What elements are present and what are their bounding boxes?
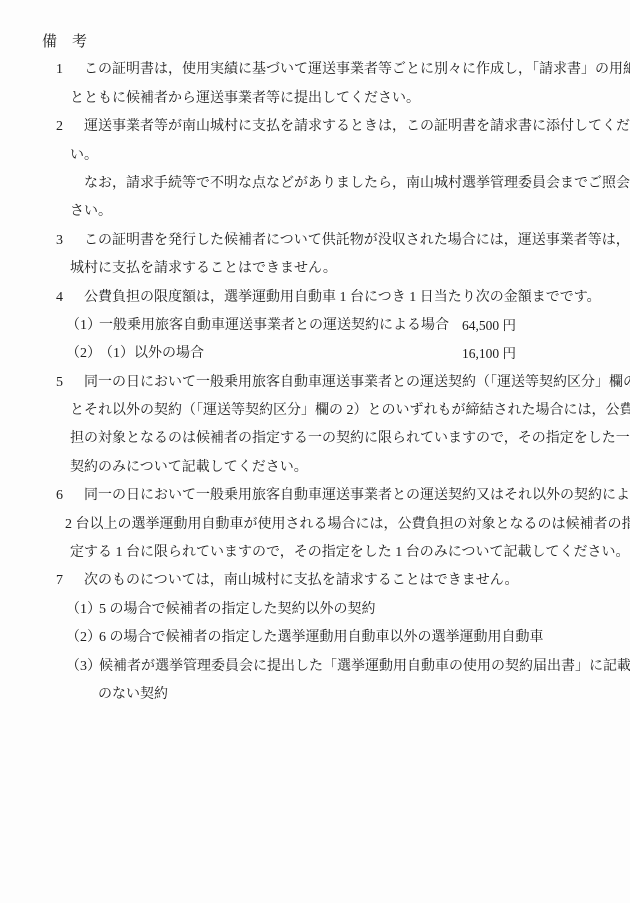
line-text: 次のものについては，南山城村に支払を請求することはできません。: [84, 567, 519, 595]
remarks-heading: 備 考: [0, 28, 630, 56]
remarks-section: 備 考1この証明書は，使用実績に基づいて運送事業者等ごとに別々に作成し，「請求書…: [0, 28, 630, 709]
doc-line: とそれ以外の契約（「運送等契約区分」欄の 2）とのいずれもが締結された場合には，…: [0, 397, 630, 425]
item-marker: 5: [56, 369, 84, 397]
line-text: （1）以外の場合: [99, 340, 204, 368]
item-marker: 7: [56, 567, 84, 595]
doc-line: （2）6 の場合で候補者の指定した選挙運動用自動車以外の選挙運動用自動車: [0, 624, 630, 652]
doc-line: 契約のみについて記載してください。: [0, 454, 630, 482]
doc-line: 2 台以上の選挙運動用自動車が使用される場合には，公費負担の対象となるのは候補者…: [0, 511, 630, 539]
doc-line: 担の対象となるのは候補者の指定する一の契約に限られていますので，その指定をした一…: [0, 425, 630, 453]
line-text: この証明書を発行した候補者について供託物が没収された場合には，運送事業者等は，南…: [84, 227, 630, 255]
doc-line: のない契約: [0, 681, 630, 709]
line-text: 公費負担の限度額は，選挙運動用自動車 1 台につき 1 日当たり次の金額までです…: [84, 284, 601, 312]
doc-line: 6同一の日において一般乗用旅客自動車運送事業者との運送契約又はそれ以外の契約によ…: [0, 482, 630, 510]
doc-line: 7次のものについては，南山城村に支払を請求することはできません。: [0, 567, 630, 595]
line-text: 同一の日において一般乗用旅客自動車運送事業者との運送契約又はそれ以外の契約により: [84, 482, 630, 510]
item-marker: 4: [56, 284, 84, 312]
doc-line: （1）一般乗用旅客自動車運送事業者との運送契約による場合64,500 円: [0, 312, 630, 340]
line-text: 6 の場合で候補者の指定した選挙運動用自動車以外の選挙運動用自動車: [99, 624, 544, 652]
line-text: 担の対象となるのは候補者の指定する一の契約に限られていますので，その指定をした一…: [70, 425, 630, 453]
line-text: 定する 1 台に限られていますので，その指定をした 1 台のみについて記載してく…: [70, 539, 629, 567]
item-marker: （3）: [66, 653, 99, 681]
line-text: 同一の日において一般乗用旅客自動車運送事業者との運送契約（「運送等契約区分」欄の…: [84, 369, 630, 397]
doc-line: （3）候補者が選挙管理委員会に提出した「選挙運動用自動車の使用の契約届出書」に記…: [0, 653, 630, 681]
item-marker: 2: [56, 113, 84, 141]
doc-line: （2）（1）以外の場合16,100 円: [0, 340, 630, 368]
doc-line: （1）5 の場合で候補者の指定した契約以外の契約: [0, 596, 630, 624]
line-text: とともに候補者から運送事業者等に提出してください。: [70, 85, 420, 113]
item-marker: 6: [56, 482, 84, 510]
line-text: 5 の場合で候補者の指定した契約以外の契約: [99, 596, 376, 624]
line-text: 城村に支払を請求することはできません。: [70, 255, 337, 283]
item-marker: （1）: [66, 312, 99, 340]
doc-line: 1この証明書は，使用実績に基づいて運送事業者等ごとに別々に作成し，「請求書」の用…: [0, 56, 630, 84]
line-text: い。: [70, 142, 98, 170]
doc-line: とともに候補者から運送事業者等に提出してください。: [0, 85, 630, 113]
item-marker: 3: [56, 227, 84, 255]
amount-value: 64,500 円: [462, 312, 516, 340]
item-marker: （2）: [66, 624, 99, 652]
line-text: 備 考: [42, 28, 87, 56]
line-text: 一般乗用旅客自動車運送事業者との運送契約による場合: [99, 312, 449, 340]
doc-line: 5同一の日において一般乗用旅客自動車運送事業者との運送契約（「運送等契約区分」欄…: [0, 369, 630, 397]
line-text: さい。: [70, 198, 112, 226]
amount-value: 16,100 円: [462, 340, 516, 368]
line-text: とそれ以外の契約（「運送等契約区分」欄の 2）とのいずれもが締結された場合には，…: [70, 397, 630, 425]
doc-line: さい。: [0, 198, 630, 226]
item-marker: （2）: [66, 340, 99, 368]
line-text: なお，請求手続等で不明な点などがありましたら，南山城村選挙管理委員会までご照会く…: [84, 170, 630, 198]
doc-line: 4公費負担の限度額は，選挙運動用自動車 1 台につき 1 日当たり次の金額までで…: [0, 284, 630, 312]
line-text: この証明書は，使用実績に基づいて運送事業者等ごとに別々に作成し，「請求書」の用紙: [84, 56, 630, 84]
line-text: のない契約: [98, 681, 168, 709]
line-text: 運送事業者等が南山城村に支払を請求するときは，この証明書を請求書に添付してくださ: [84, 113, 630, 141]
line-text: 契約のみについて記載してください。: [70, 454, 308, 482]
doc-line: 2運送事業者等が南山城村に支払を請求するときは，この証明書を請求書に添付してくだ…: [0, 113, 630, 141]
line-text: 2 台以上の選挙運動用自動車が使用される場合には，公費負担の対象となるのは候補者…: [65, 511, 630, 539]
item-marker: （1）: [66, 596, 99, 624]
doc-line: 城村に支払を請求することはできません。: [0, 255, 630, 283]
doc-line: 3この証明書を発行した候補者について供託物が没収された場合には，運送事業者等は，…: [0, 227, 630, 255]
doc-line: 定する 1 台に限られていますので，その指定をした 1 台のみについて記載してく…: [0, 539, 630, 567]
line-text: 候補者が選挙管理委員会に提出した「選挙運動用自動車の使用の契約届出書」に記載: [99, 653, 630, 681]
doc-line: なお，請求手続等で不明な点などがありましたら，南山城村選挙管理委員会までご照会く…: [0, 170, 630, 198]
document-page: 備 考1この証明書は，使用実績に基づいて運送事業者等ごとに別々に作成し，「請求書…: [0, 0, 630, 903]
doc-line: い。: [0, 142, 630, 170]
item-marker: 1: [56, 56, 84, 84]
